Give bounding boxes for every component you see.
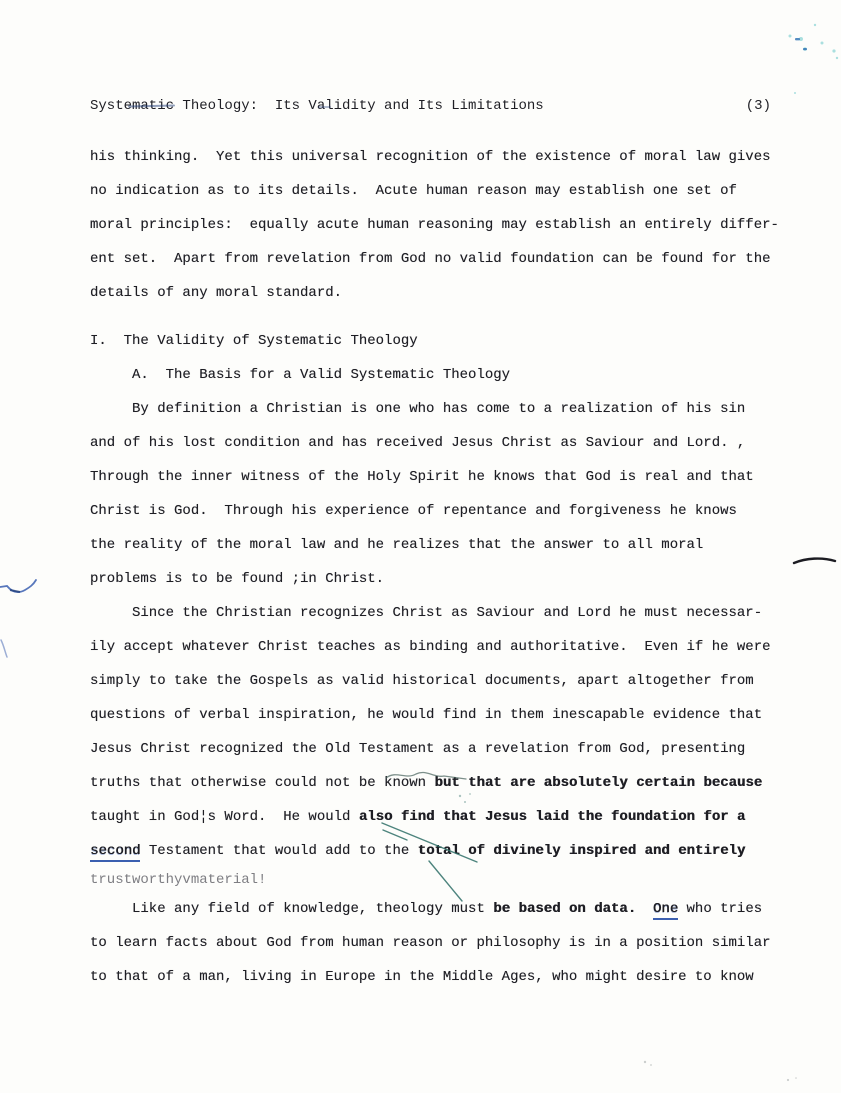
- text-line: problems is to be found ;in Christ.: [90, 562, 790, 596]
- text-segment: total of divinely inspired and entirely: [418, 843, 746, 859]
- text-line: the reality of the moral law and he real…: [90, 528, 790, 562]
- text-line: Since the Christian recognizes Christ as…: [90, 596, 790, 630]
- text-line: ily accept whatever Christ teaches as bi…: [90, 630, 790, 664]
- text-segment: details of any moral standard.: [90, 285, 342, 301]
- text-segment: taught in God¦s Word. He would: [90, 809, 359, 825]
- page-number: (3): [746, 96, 771, 116]
- text-segment: By definition a Christian is one who has…: [90, 401, 745, 417]
- text-line: to that of a man, living in Europe in th…: [90, 960, 790, 994]
- text-line: truths that otherwise could not be known…: [90, 766, 790, 800]
- text-segment: but that are absolutely certain because: [434, 775, 762, 791]
- heading-section-1: I. The Validity of Systematic Theology: [90, 324, 790, 358]
- text-segment: his thinking. Yet this universal recogni…: [90, 149, 771, 165]
- text-segment: the reality of the moral law and he real…: [90, 537, 703, 553]
- text-line: simply to take the Gospels as valid hist…: [90, 664, 790, 698]
- paragraph-data: Like any field of knowledge, theology mu…: [90, 892, 790, 994]
- text-line: A. The Basis for a Valid Systematic Theo…: [90, 358, 790, 392]
- document-page: Systematic Theology: Its Validity and It…: [0, 0, 841, 1093]
- text-segment: ily accept whatever Christ teaches as bi…: [90, 639, 771, 655]
- text-segment: who tries: [678, 901, 762, 917]
- text-segment: be based on data.: [493, 901, 636, 917]
- text-line: Through the inner witness of the Holy Sp…: [90, 460, 790, 494]
- heading-subsection-a: A. The Basis for a Valid Systematic Theo…: [90, 358, 790, 392]
- text-line: trustworthyvmaterial!: [90, 868, 790, 892]
- text-segment: problems is to be found ;in Christ.: [90, 571, 384, 587]
- text-line: details of any moral standard.: [90, 276, 790, 310]
- text-line: his thinking. Yet this universal recogni…: [90, 140, 790, 174]
- document-body: his thinking. Yet this universal recogni…: [90, 140, 790, 994]
- text-segment: to learn facts about God from human reas…: [90, 935, 771, 951]
- page-title: Systematic Theology: Its Validity and It…: [90, 96, 544, 116]
- paragraph-intro: his thinking. Yet this universal recogni…: [90, 140, 790, 310]
- text-segment: Through the inner witness of the Holy Sp…: [90, 469, 754, 485]
- text-line: taught in God¦s Word. He would also find…: [90, 800, 790, 834]
- text-line: second Testament that would add to the t…: [90, 834, 790, 868]
- text-segment: Since the Christian recognizes Christ as…: [90, 605, 762, 621]
- text-segment: to that of a man, living in Europe in th…: [90, 969, 754, 985]
- text-segment: Jesus Christ recognized the Old Testamen…: [90, 741, 745, 757]
- text-segment: One: [653, 901, 678, 920]
- photocopy-speckles-bottom-icon: [620, 1050, 820, 1090]
- text-segment: ent set. Apart from revelation from God …: [90, 251, 771, 267]
- paragraph-authority: Since the Christian recognizes Christ as…: [90, 596, 790, 892]
- left-margin-squiggle-mark: [0, 575, 42, 601]
- text-segment: trustworthyvmaterial!: [90, 872, 266, 888]
- text-segment: Testament that would add to the: [140, 843, 417, 859]
- text-line: By definition a Christian is one who has…: [90, 392, 790, 426]
- text-line: and of his lost condition and has receiv…: [90, 426, 790, 460]
- text-segment: and of his lost condition and has receiv…: [90, 435, 745, 451]
- text-segment: A. The Basis for a Valid Systematic Theo…: [90, 367, 510, 383]
- text-segment: I. The Validity of Systematic Theology: [90, 333, 418, 349]
- text-segment: [636, 901, 653, 917]
- text-segment: also find that Jesus laid the foundation…: [359, 809, 745, 825]
- text-segment: Like any field of knowledge, theology mu…: [90, 901, 493, 917]
- right-margin-dash-mark: [792, 553, 838, 569]
- text-line: Jesus Christ recognized the Old Testamen…: [90, 732, 790, 766]
- text-segment: second: [90, 843, 140, 862]
- text-line: Christ is God. Through his experience of…: [90, 494, 790, 528]
- text-segment: simply to take the Gospels as valid hist…: [90, 673, 754, 689]
- text-segment: truths that otherwise could not be known: [90, 775, 434, 791]
- text-line: to learn facts about God from human reas…: [90, 926, 790, 960]
- text-line: no indication as to its details. Acute h…: [90, 174, 790, 208]
- text-segment: Christ is God. Through his experience of…: [90, 503, 737, 519]
- text-line: ent set. Apart from revelation from God …: [90, 242, 790, 276]
- text-line: moral principles: equally acute human re…: [90, 208, 790, 242]
- left-corner-tick-mark: [0, 638, 12, 660]
- text-line: Like any field of knowledge, theology mu…: [90, 892, 790, 926]
- page-header: Systematic Theology: Its Validity and It…: [90, 96, 771, 116]
- text-segment: questions of verbal inspiration, he woul…: [90, 707, 762, 723]
- text-line: questions of verbal inspiration, he woul…: [90, 698, 790, 732]
- text-segment: moral principles: equally acute human re…: [90, 217, 779, 233]
- paragraph-basis: By definition a Christian is one who has…: [90, 392, 790, 596]
- photocopy-speckles-icon: [745, 8, 841, 103]
- text-line: I. The Validity of Systematic Theology: [90, 324, 790, 358]
- document-content: Systematic Theology: Its Validity and It…: [90, 96, 790, 994]
- text-segment: no indication as to its details. Acute h…: [90, 183, 737, 199]
